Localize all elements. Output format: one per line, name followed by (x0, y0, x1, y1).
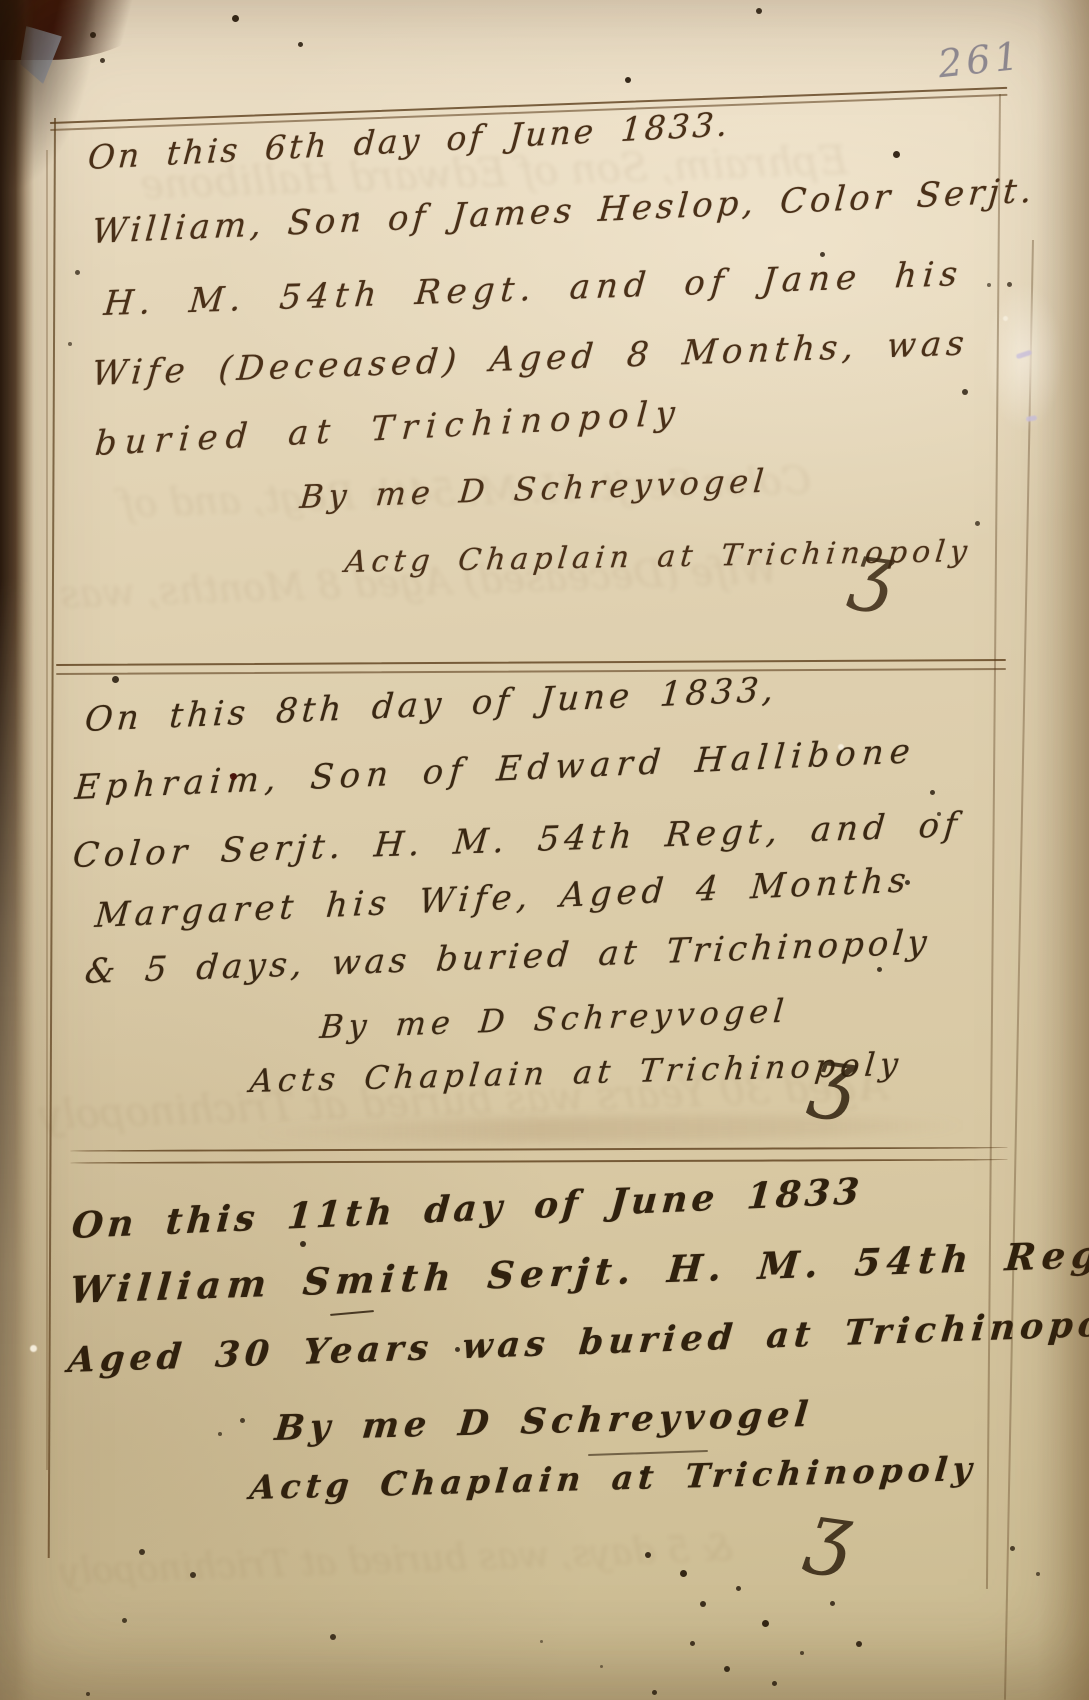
entry-date-line: On this 11th day of June 1833 (70, 1170, 864, 1247)
ink-spot (652, 1690, 657, 1695)
ink-spot (396, 1470, 401, 1475)
ink-spot (540, 1640, 543, 1643)
ink-spot (330, 1634, 336, 1640)
ruled-left-margin-faint (46, 150, 48, 1470)
ink-smudge (250, 1112, 970, 1146)
ink-spot (830, 1601, 835, 1606)
pinhole (30, 1345, 37, 1352)
ink-spot (877, 967, 882, 972)
chaplain-line: Actg Chaplain at Trichinopoly (248, 1449, 978, 1507)
entry-date-line: On this 8th day of June 1833, (83, 670, 778, 740)
ink-spot (240, 1418, 245, 1423)
rule-line (56, 668, 1006, 675)
page-right-edge (1037, 0, 1089, 1700)
pen-flourish: ʒ (802, 1485, 858, 1580)
ink-spot (1036, 1572, 1040, 1576)
ink-spot (112, 676, 119, 683)
ink-spot (856, 1641, 862, 1647)
rule-line (70, 1147, 1008, 1152)
ink-spot (937, 812, 941, 816)
entry-line: & 5 days, was buried at Trichinopoly (83, 922, 932, 992)
rule-line (56, 659, 1006, 666)
entry-divider (70, 1147, 1008, 1164)
ink-spot (298, 42, 303, 47)
rule-line (70, 1159, 1008, 1164)
signature-line: By me D Schreyvogel (273, 1394, 815, 1449)
ink-spot (86, 1692, 90, 1696)
ink-spot (1010, 1546, 1015, 1551)
chaplain-line: Acts Chaplain at Trichinopoly (248, 1045, 905, 1100)
ink-spot (218, 1432, 222, 1436)
entry-line: Ephraim, Son of Edward Hallibone (73, 731, 917, 808)
ink-spot (645, 1552, 651, 1558)
ink-spot (905, 880, 910, 885)
entry-line: William, Son of James Heslop, Color Serj… (90, 171, 1037, 252)
ink-spot (455, 1347, 460, 1352)
signature-line: By me D Schreyvogel (318, 992, 790, 1047)
ink-spot (122, 1618, 127, 1623)
ink-spot (820, 252, 825, 257)
entry-line: Wife (Deceased) Aged 8 Months, was (90, 323, 970, 394)
ink-spot (762, 1620, 769, 1627)
ink-spot (680, 1570, 687, 1577)
entry-divider (56, 659, 1006, 675)
ink-spot (75, 270, 80, 275)
ink-spot (355, 212, 359, 216)
ink-spot (625, 77, 631, 83)
bleed-through-text: & 5 days, was buried at Trichinopoly (59, 1528, 733, 1592)
ink-spot (756, 8, 762, 14)
entry-line: Aged 30 Years was buried at Trichinopoly (66, 1302, 1089, 1381)
ink-spot (962, 389, 968, 395)
ink-spot (1007, 282, 1012, 287)
burial-register-page-scan: 261 Ephraim, Son of Edward Hallibone Col… (0, 0, 1089, 1700)
ink-spot (300, 1241, 306, 1247)
ink-spot (700, 1601, 706, 1607)
ink-spot (68, 342, 72, 346)
ink-spot (975, 521, 980, 526)
ink-spot (690, 1641, 695, 1646)
entry-line: William Smith Serjt. H. M. 54th Regt (68, 1231, 1089, 1312)
ink-spot (90, 32, 96, 38)
ruled-left-margin (48, 118, 56, 1558)
ink-spot (893, 151, 900, 158)
ink-spot (724, 1666, 730, 1672)
pen-underline (588, 1450, 708, 1456)
ink-spot (139, 1549, 145, 1555)
ink-spot (100, 58, 105, 63)
ink-spot (640, 1470, 645, 1475)
ink-spot (800, 1651, 804, 1655)
ink-spot (190, 1572, 196, 1578)
ink-spot (736, 1586, 741, 1591)
pen-underline (330, 1310, 374, 1316)
ink-spot (772, 1681, 777, 1686)
pinhole (838, 744, 844, 750)
entry-line: buried at Trichinopoly (94, 393, 685, 464)
ink-spot (930, 790, 935, 795)
entry-line: Margaret his Wife, Aged 4 Months (93, 860, 912, 936)
page-number: 261 (936, 34, 1025, 87)
entry-line: H. M. 54th Regt. and of Jane his (102, 254, 965, 324)
ink-spot (987, 283, 991, 287)
book-binding-edge (0, 0, 34, 1700)
pen-flourish: ʒ (806, 1029, 862, 1124)
ink-spot (600, 1665, 603, 1668)
pinhole (1003, 316, 1008, 321)
page-edge-crease (1004, 240, 1034, 1700)
red-ink-spot (230, 773, 237, 780)
signature-line: By me D Schreyvogel (298, 462, 770, 517)
ink-spot (232, 15, 239, 22)
